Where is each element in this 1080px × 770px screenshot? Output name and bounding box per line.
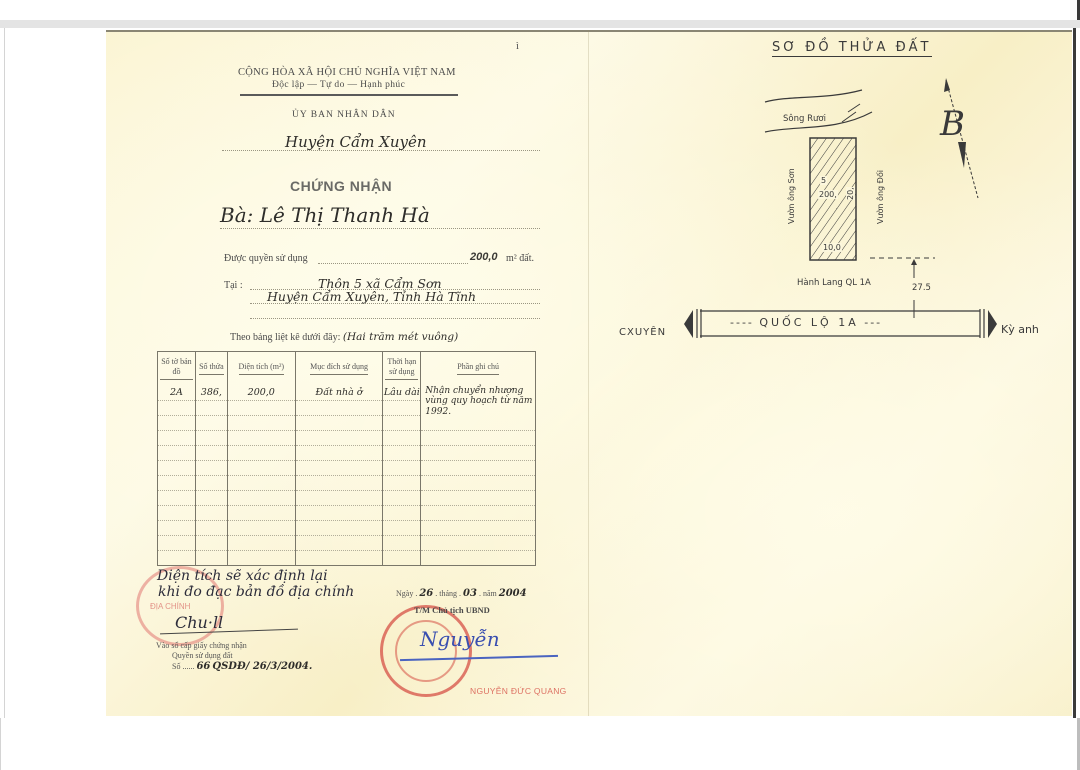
table-row <box>158 446 536 461</box>
table-caption-handwritten: (Hai trăm mét vuông) <box>343 331 458 343</box>
table-row <box>158 521 536 536</box>
col-map-sheet: Số tờ bản đồ <box>158 352 196 386</box>
certificate-title: CHỨNG NHẬN <box>290 178 392 194</box>
distance-label: 27.5 <box>912 283 931 293</box>
table-row <box>158 506 536 521</box>
issue-month: 03 <box>463 588 477 599</box>
west-neighbor-label: Vườn ông Sơn <box>787 168 796 224</box>
table-row <box>158 491 536 506</box>
col-purpose: Mục đích sử dụng <box>295 352 383 386</box>
table-row <box>158 431 536 446</box>
issue-year: 2004 <box>499 588 527 599</box>
cell-notes: Nhận chuyển nhượng vùng quy hoạch từ năm… <box>421 386 536 431</box>
location-line-2: Huyện Cẩm Xuyên, Tỉnh Hà Tĩnh <box>267 289 476 304</box>
header-rule <box>240 94 458 96</box>
cell-parcel-no: 386, <box>195 386 227 401</box>
col-notes: Phần ghi chú <box>421 352 536 386</box>
usage-right-label: Được quyền sử dụng <box>224 253 308 264</box>
page-mark: ì <box>516 40 519 52</box>
table-row <box>158 551 536 566</box>
cell-map-sheet: 2A <box>158 386 196 401</box>
parcel-number: 5 <box>820 176 827 185</box>
page-gap <box>0 20 1080 28</box>
col-area: Diện tích (m²) <box>227 352 295 386</box>
cell-purpose: Đất nhà ở <box>295 386 383 401</box>
table-caption: Theo bảng liệt kê dưới đây: (Hai trăm mé… <box>230 331 458 343</box>
usage-area-value: 200,0 <box>470 251 498 263</box>
table-row <box>158 536 536 551</box>
col-parcel-no: Số thửa <box>195 352 227 386</box>
river-label: Sông Rươi <box>783 114 826 124</box>
highway-label: ---- QUỐC LỘ 1A --- <box>730 316 882 329</box>
table-row: 2A 386, 200,0 Đất nhà ở Lâu dài Nhận chu… <box>158 386 536 401</box>
table-caption-label: Theo bảng liệt kê dưới đây: <box>230 332 340 343</box>
parcel-area: 200, <box>818 190 838 199</box>
issue-day: 26 <box>419 588 433 599</box>
top-strip <box>0 0 1080 20</box>
district-name: Huyện Cẩm Xuyên <box>285 133 427 151</box>
issue-date: Ngày . 26 . tháng . 03 . năm 2004 <box>396 588 527 599</box>
parcel-length: 20, <box>846 187 855 200</box>
committee-label: ỦY BAN NHÂN DÂN <box>292 110 396 120</box>
col-term: Thời hạn sử dụng <box>383 352 421 386</box>
road-east-destination: Kỳ anh <box>1001 323 1039 336</box>
cadastral-stamp-text: ĐỊA CHÍNH <box>150 602 190 611</box>
location-label: Tại : <box>224 280 243 291</box>
dotted-line <box>250 318 540 319</box>
bottom-margin <box>0 718 1080 770</box>
signatory-title: T/M Chủ tịch UBND <box>414 605 490 615</box>
chairman-signature: Nguyễn <box>420 627 500 651</box>
table-header-row: Số tờ bản đồ Số thửa Diện tích (m²) Mục … <box>158 352 536 386</box>
road-west-destination: CXUYÊN <box>619 327 666 338</box>
parcel-table: Số tờ bản đồ Số thửa Diện tích (m²) Mục … <box>157 351 536 566</box>
republic-header: CỘNG HÒA XÃ HỘI CHỦ NGHĨA VIỆT NAM <box>238 67 456 78</box>
page-fold <box>588 30 589 716</box>
dotted-line <box>318 263 468 264</box>
registration-code-date: QSDĐ/ 26/3/2004. <box>212 661 312 672</box>
handwritten-note-line-2: khi đo đạc bản đồ địa chính <box>158 584 354 600</box>
table-row <box>158 461 536 476</box>
cell-area: 200,0 <box>227 386 295 401</box>
east-neighbor-label: Vườn ông Đối <box>876 170 885 224</box>
registration-number: 66 <box>196 661 210 672</box>
signatory-name-stamp: NGUYỄN ĐỨC QUANG <box>470 686 567 696</box>
plot-diagram-title: SƠ ĐỒ THỬA ĐẤT <box>772 40 932 57</box>
dotted-line <box>220 228 540 229</box>
road-corridor-label: Hành Lang QL 1A <box>797 278 871 288</box>
cadastral-signature: Chu·ll <box>175 613 223 632</box>
dotted-line <box>222 150 540 151</box>
handwritten-note-line-1: Diện tích sẽ xác định lại <box>157 568 328 584</box>
registration-line-3: Số ...... 66 QSDĐ/ 26/3/2004. <box>172 661 312 672</box>
usage-area-unit: m² đất. <box>506 253 534 264</box>
cell-term: Lâu dài <box>383 386 421 401</box>
registration-line-2: Quyền sử dụng đất <box>172 651 233 660</box>
registration-line-1: Vào sổ cấp giấy chứng nhận <box>156 641 247 650</box>
national-motto: Độc lập — Tự do — Hạnh phúc <box>272 80 405 90</box>
holder-name: Bà: Lê Thị Thanh Hà <box>220 203 430 227</box>
table-row <box>158 476 536 491</box>
parcel-width: 10,0 <box>822 243 842 252</box>
